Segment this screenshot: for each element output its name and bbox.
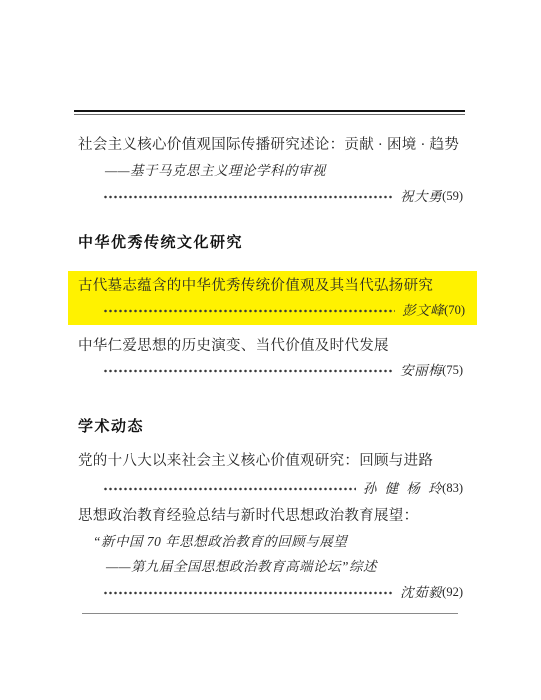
article-title: 古代墓志蕴含的中华优秀传统价值观及其当代弘扬研究	[78, 278, 465, 294]
leader-row: 安丽梅(75)	[103, 363, 463, 378]
section-heading-traditional-culture: 中华优秀传统文化研究	[78, 234, 463, 251]
page-number: (70)	[444, 303, 465, 318]
article-title: 党的十八大以来社会主义核心价值观研究：回顾与进路	[78, 453, 463, 469]
dotted-leader	[103, 482, 356, 495]
author-name: 祝大勇	[400, 189, 442, 204]
article-subtitle: ——基于马克思主义理论学科的审视	[105, 163, 463, 178]
dotted-leader	[103, 190, 393, 203]
toc-content: 社会主义核心价值观国际传播研究述论：贡献 · 困境 · 趋势 ——基于马克思主义…	[0, 137, 541, 600]
leader-row: 沈茹毅(92)	[103, 585, 463, 600]
author-name: 沈茹毅	[400, 585, 442, 600]
bottom-rule	[82, 613, 458, 614]
dotted-leader	[103, 364, 393, 377]
article-subtitle: “新中国 70 年思想政治教育的回顾与展望	[93, 534, 463, 549]
toc-entry: 思想政治教育经验总结与新时代思想政治教育展望： “新中国 70 年思想政治教育的…	[78, 508, 463, 600]
journal-toc-page: 社会主义核心价值观国际传播研究述论：贡献 · 困境 · 趋势 ——基于马克思主义…	[0, 0, 541, 700]
leader-row: 彭文峰(70)	[103, 303, 465, 318]
article-subtitle: ——第九届全国思想政治教育高端论坛”综述	[106, 559, 463, 574]
page-number: (75)	[442, 363, 463, 378]
author-name: 安丽梅	[400, 363, 442, 378]
top-double-rule	[74, 110, 465, 115]
page-number: (83)	[442, 481, 463, 496]
highlighted-toc-entry[interactable]: 古代墓志蕴含的中华优秀传统价值观及其当代弘扬研究 彭文峰(70)	[68, 271, 477, 325]
article-title: 思想政治教育经验总结与新时代思想政治教育展望：	[78, 508, 463, 524]
page-number: (59)	[442, 189, 463, 204]
article-title: 社会主义核心价值观国际传播研究述论：贡献 · 困境 · 趋势	[78, 137, 463, 153]
page-number: (92)	[442, 585, 463, 600]
dotted-leader	[103, 586, 393, 599]
author-name: 彭文峰	[402, 303, 444, 318]
author-name: 孙 健 杨 玲	[363, 481, 442, 496]
dotted-leader	[103, 304, 395, 317]
toc-entry: 社会主义核心价值观国际传播研究述论：贡献 · 困境 · 趋势 ——基于马克思主义…	[78, 137, 463, 204]
leader-row: 祝大勇(59)	[103, 189, 463, 204]
toc-entry: 党的十八大以来社会主义核心价值观研究：回顾与进路 孙 健 杨 玲(83)	[78, 453, 463, 496]
section-heading-academic-news: 学术动态	[78, 418, 463, 435]
article-title: 中华仁爱思想的历史演变、当代价值及时代发展	[78, 338, 463, 354]
toc-entry: 中华仁爱思想的历史演变、当代价值及时代发展 安丽梅(75)	[78, 338, 463, 378]
leader-row: 孙 健 杨 玲(83)	[103, 481, 463, 496]
